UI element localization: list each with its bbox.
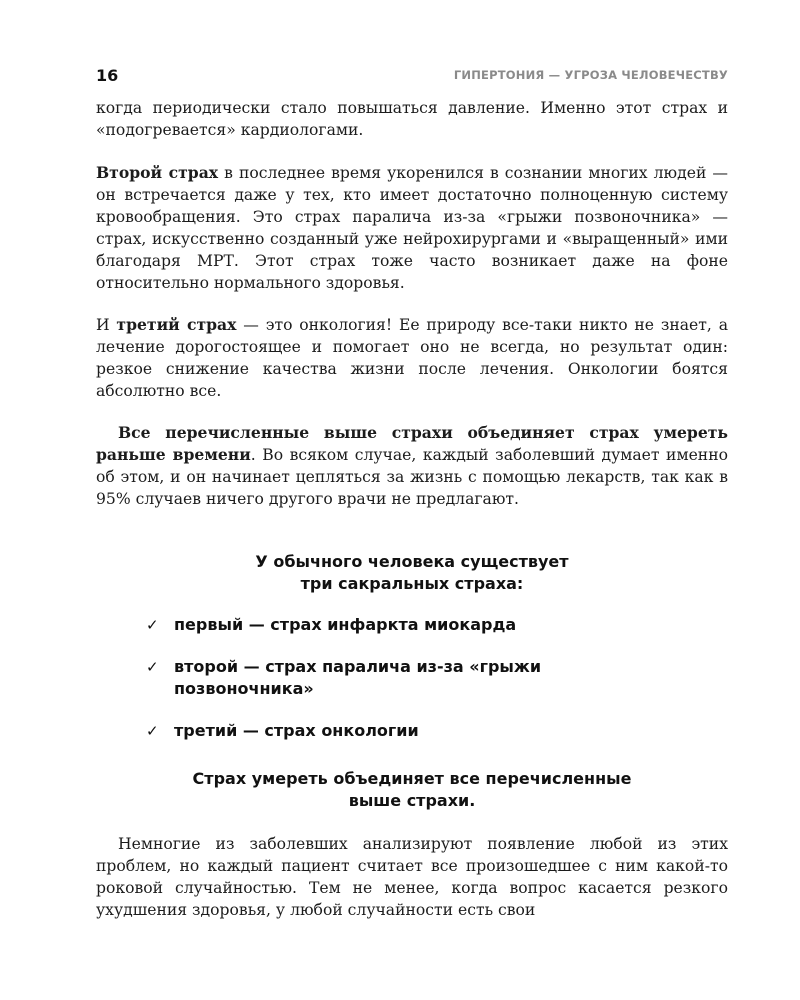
- checklist-item: ✓ второй — страх паралича из-за «грыжи п…: [146, 656, 626, 700]
- paragraph-1-text: когда периодически стало повышаться давл…: [96, 99, 728, 139]
- paragraph-5: Немногие из заболевших анализируют появл…: [96, 833, 728, 921]
- callout-conclusion: Страх умереть объединяет все перечисленн…: [96, 768, 728, 812]
- paragraph-5-text: Немногие из заболевших анализируют появл…: [96, 835, 728, 919]
- callout-heading-line-2: три сакральных страха:: [96, 573, 728, 595]
- paragraph-3: И третий страх — это онкология! Ее приро…: [96, 314, 728, 402]
- paragraph-1: когда периодически стало повышаться давл…: [96, 97, 728, 141]
- callout-heading-line-1: У обычного человека существует: [96, 551, 728, 573]
- callout-conclusion-line-1: Страх умереть объединяет все перечисленн…: [96, 768, 728, 790]
- check-icon: ✓: [146, 656, 159, 678]
- check-icon: ✓: [146, 614, 159, 636]
- paragraph-2-text: в последнее время укоренился в сознании …: [96, 164, 728, 292]
- paragraph-3-bold: третий страх: [116, 315, 236, 334]
- check-icon: ✓: [146, 720, 159, 742]
- checklist-item: ✓ третий — страх онкологии: [146, 720, 626, 742]
- paragraph-2-bold: Второй страх: [96, 163, 218, 182]
- paragraph-2: Второй страх в последнее время укоренилс…: [96, 162, 728, 294]
- running-title: ГИПЕРТОНИЯ — УГРОЗА ЧЕЛОВЕЧЕСТВУ: [454, 68, 728, 82]
- checklist-item-label: третий — страх онкологии: [174, 721, 419, 740]
- callout-conclusion-line-2: выше страхи.: [96, 790, 728, 812]
- running-header: 16 ГИПЕРТОНИЯ — УГРОЗА ЧЕЛОВЕЧЕСТВУ: [96, 66, 728, 86]
- checklist-item-label: второй — страх паралича из-за «грыжи поз…: [174, 657, 541, 698]
- paragraph-4: Все перечисленные выше страхи объединяет…: [96, 422, 728, 510]
- callout-heading: У обычного человека существует три сакра…: [96, 551, 728, 595]
- checklist-item: ✓ первый — страх инфаркта миокарда: [146, 614, 626, 636]
- paragraph-3-lead: И: [96, 316, 116, 334]
- checklist-item-label: первый — страх инфаркта миокарда: [174, 615, 516, 634]
- fears-checklist: ✓ первый — страх инфаркта миокарда ✓ вто…: [146, 614, 626, 762]
- page-number: 16: [96, 66, 118, 85]
